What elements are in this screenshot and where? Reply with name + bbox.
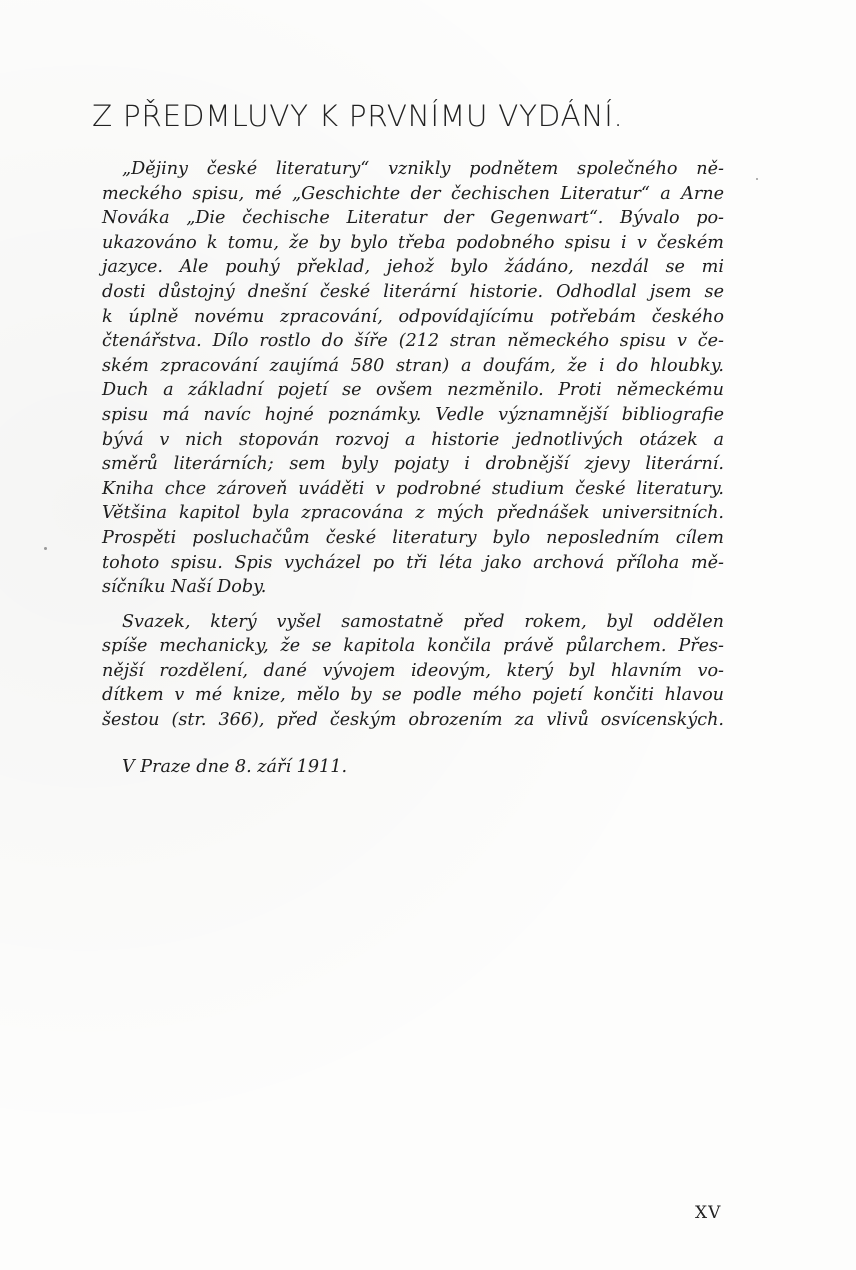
text-line: Většina kapitol byla zpracována z mých p… [102,501,724,526]
page-number: XV [695,1203,721,1223]
text-line: Svazek, který vyšel samostatně před roke… [102,610,724,635]
paragraph-gap [102,733,724,755]
page-heading: Z PŘEDMLUVY K PRVNÍMU VYDÁNÍ. [92,99,745,133]
paragraph-gap [102,600,724,610]
text-line: tohoto spisu. Spis vycházel po tři léta … [102,551,724,576]
text-line: bývá v nich stopován rozvoj a historie j… [102,428,724,453]
text-line: Kniha chce zároveň uváděti v podrobné st… [102,477,724,502]
text-line: k úplně novému zpracování, odpovídajícím… [102,305,724,330]
text-line: Nováka „Die čechische Literatur der Gege… [102,206,724,231]
text-line: čtenářstva. Dílo rostlo do šíře (212 str… [102,329,724,354]
text-line: nější rozdělení, dané vývojem ideovým, k… [102,659,724,684]
text-line: „Dějiny české literatury“ vznikly podnět… [102,157,724,182]
preface-body: „Dějiny české literatury“ vznikly podnět… [102,157,724,779]
text-line: Prospěti posluchačům české literatury by… [102,526,724,551]
text-line: ském zpracování zaujímá 580 stran) a dou… [102,354,724,379]
text-line: ukazováno k tomu, že by bylo třeba podob… [102,231,724,256]
text-line: dosti důstojný dnešní české literární hi… [102,280,724,305]
text-line: síčníku Naší Doby. [102,575,724,600]
text-line: spisu má navíc hojné poznámky. Vedle výz… [102,403,724,428]
paragraph-1: „Dějiny české literatury“ vznikly podnět… [102,157,724,600]
text-line: Duch a základní pojetí se ovšem nezměnil… [102,378,724,403]
paper-speck [44,547,47,550]
text-line: šestou (str. 366), před českým obrozením… [102,708,724,733]
paper-speck [756,178,758,180]
paragraph-2: Svazek, který vyšel samostatně před roke… [102,610,724,733]
text-line: meckého spisu, mé „Geschichte der čechis… [102,182,724,207]
text-line: spíše mechanicky, že se kapitola končila… [102,634,724,659]
text-line: dítkem v mé knize, mělo by se podle mého… [102,683,724,708]
text-line: směrů literárních; sem byly pojaty i dro… [102,452,724,477]
text-line: jazyce. Ale pouhý překlad, jehož bylo žá… [102,255,724,280]
book-page: Z PŘEDMLUVY K PRVNÍMU VYDÁNÍ. „Dějiny če… [0,0,856,1270]
signature-line: V Praze dne 8. září 1911. [102,755,724,780]
